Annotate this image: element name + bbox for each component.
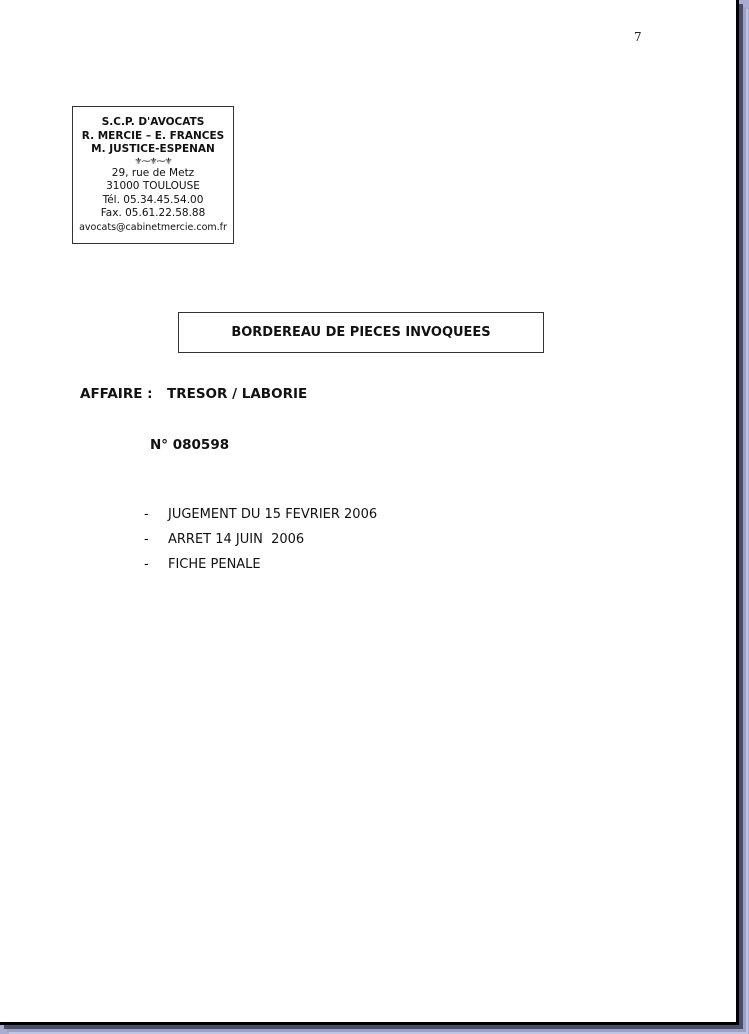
document-title: BORDEREAU DE PIECES INVOQUEES: [178, 312, 544, 353]
list-item: - ARRET 14 JUIN 2006: [144, 527, 377, 552]
fax: Fax. 05.61.22.58.88: [73, 207, 233, 221]
partner-line: M. JUSTICE-ESPENAN: [73, 143, 233, 157]
case-number: N° 080598: [150, 437, 229, 453]
page-number: 7: [634, 30, 642, 44]
case-reference: AFFAIRE :TRESOR / LABORIE: [80, 386, 307, 402]
law-firm-letterhead: S.C.P. D'AVOCATS R. MERCIE – E. FRANCES …: [72, 106, 234, 244]
list-bullet: -: [144, 502, 168, 527]
telephone: Tél. 05.34.45.54.00: [73, 194, 233, 208]
list-item-text: JUGEMENT DU 15 FEVRIER 2006: [168, 502, 377, 527]
list-bullet: -: [144, 552, 168, 577]
list-item-text: FICHE PENALE: [168, 552, 261, 577]
exhibit-list: - JUGEMENT DU 15 FEVRIER 2006 - ARRET 14…: [144, 502, 377, 577]
street-address: 29, rue de Metz: [73, 167, 233, 181]
document-title-text: BORDEREAU DE PIECES INVOQUEES: [231, 325, 490, 340]
city: 31000 TOULOUSE: [73, 180, 233, 194]
list-item: - FICHE PENALE: [144, 552, 377, 577]
document-page: 7 S.C.P. D'AVOCATS R. MERCIE – E. FRANCE…: [0, 0, 739, 1025]
list-item-text: ARRET 14 JUIN 2006: [168, 527, 304, 552]
list-item: - JUGEMENT DU 15 FEVRIER 2006: [144, 502, 377, 527]
firm-name: S.C.P. D'AVOCATS: [73, 116, 233, 130]
list-bullet: -: [144, 527, 168, 552]
partners-line: R. MERCIE – E. FRANCES: [73, 130, 233, 144]
case-parties: TRESOR / LABORIE: [167, 386, 307, 402]
email: avocats@cabinetmercie.com.fr: [73, 221, 233, 235]
case-label: AFFAIRE :: [80, 386, 167, 402]
ornament-icon: ⚜⁓⚜⁓⚜: [73, 157, 233, 167]
